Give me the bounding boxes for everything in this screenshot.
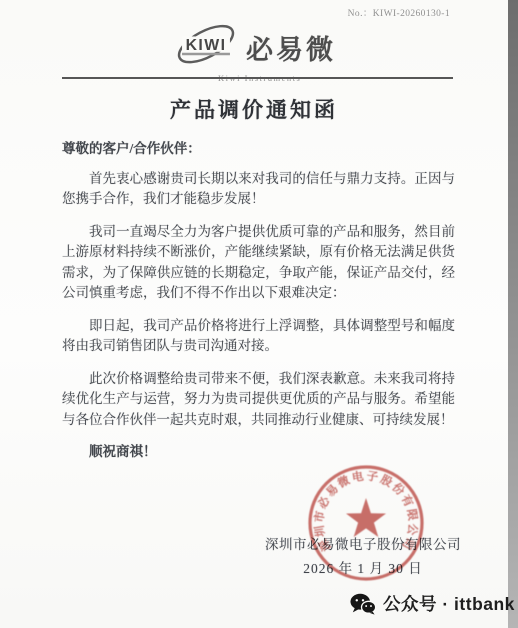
logo-tagline-strip bbox=[182, 53, 230, 55]
paragraph: 我司一直竭尽全力为客户提供优质可靠的产品和服务，然目前上游原材料持续不断涨价，产… bbox=[62, 222, 455, 304]
wechat-watermark-badge: 公众号 · ittbank bbox=[350, 591, 515, 616]
letter-body: 尊敬的客户/合作伙伴： 首先衷心感谢贵司长期以来对我司的信任与鼎力支持。正因与您… bbox=[62, 139, 455, 463]
brand-wordmark: KIWI bbox=[186, 37, 227, 54]
photo-edge-strip bbox=[508, 0, 518, 628]
kiwi-orbit-logo-icon: KIWI bbox=[172, 24, 240, 70]
closing-salute: 顺祝商祺！ bbox=[62, 442, 455, 463]
paragraph: 此次价格调整给贵司带来不便，我们深表歉意。未来我司将持续优化生产与运营，努力为贵… bbox=[62, 369, 455, 431]
paragraph: 即日起，我司产品价格将进行上浮调整，具体调整型号和幅度将由我司销售团队与贵司沟通… bbox=[62, 316, 455, 357]
wechat-badge-label: 公众号 · ittbank bbox=[383, 591, 515, 616]
wechat-icon bbox=[350, 592, 376, 616]
paragraph: 首先衷心感谢贵司长期以来对我司的信任与鼎力支持。正因与您携手合作，我们才能稳步发… bbox=[62, 169, 455, 210]
document-title: 产品调价通知函 bbox=[0, 94, 508, 124]
seal-star-icon bbox=[346, 498, 386, 537]
salutation: 尊敬的客户/合作伙伴： bbox=[62, 139, 455, 160]
kiwi-logo: KIWI 必易微 Kiwi Instruments bbox=[0, 24, 508, 83]
brand-chinese-name: 必易微 bbox=[246, 28, 336, 67]
header-divider bbox=[62, 77, 453, 79]
document-page: No.：KIWI-20260130-1 KIWI 必易微 Kiwi Instru… bbox=[0, 0, 518, 628]
company-seal-stamp-icon: 深圳市必易微电子股份有限公司 bbox=[304, 461, 428, 585]
reference-number: No.：KIWI-20260130-1 bbox=[348, 5, 450, 19]
